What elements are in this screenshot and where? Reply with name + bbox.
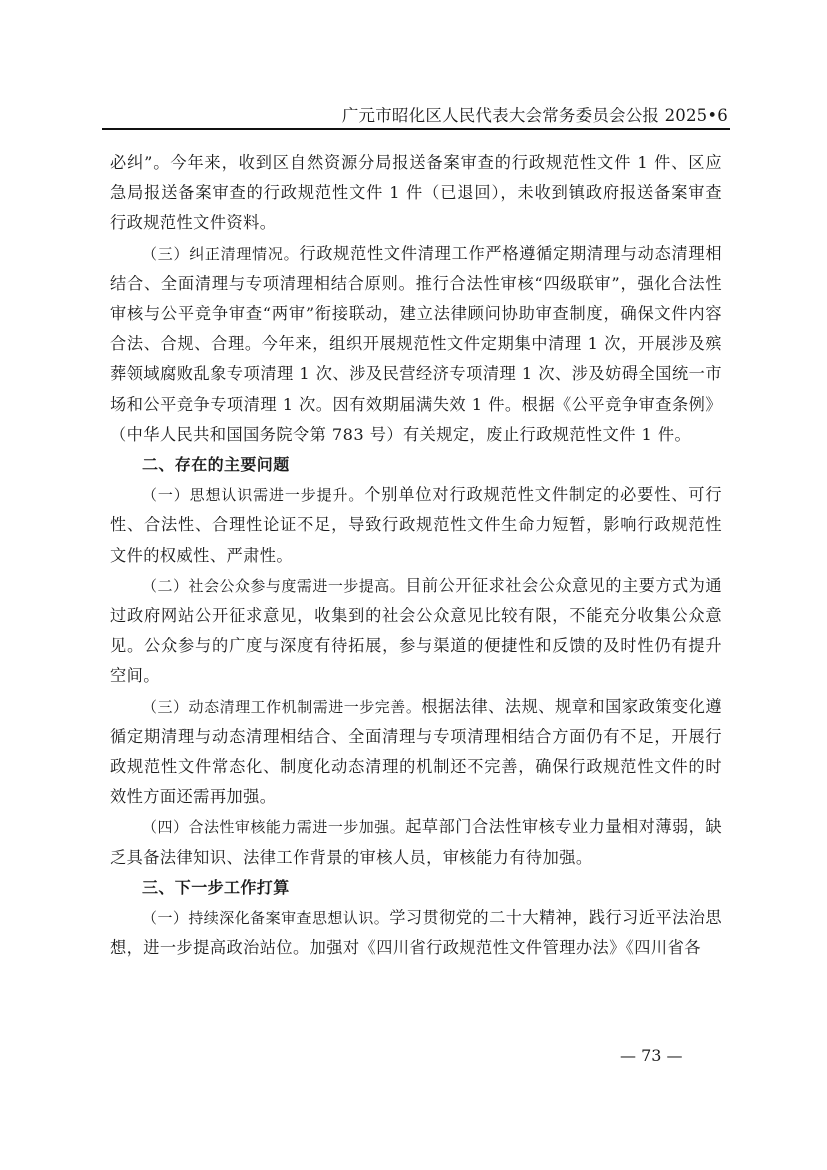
page-header: 广元市昭化区人民代表大会常务委员会公报 2025•6: [102, 98, 730, 130]
paragraph-problem-3: （三）动态清理工作机制需进一步完善。根据法律、法规、规章和国家政策变化遵循定期清…: [110, 692, 722, 813]
paragraph-plan-1: （一）持续深化备案审查思想认识。学习贯彻党的二十大精神，践行习近平法治思想，进一…: [110, 903, 722, 963]
paragraph-correction-cleanup: （三）纠正清理情况。行政规范性文件清理工作严格遵循定期清理与动态清理相结合、全面…: [110, 239, 722, 450]
paragraph-problem-4: （四）合法性审核能力需进一步加强。起草部门合法性审核专业力量相对薄弱，缺乏具备法…: [110, 812, 722, 872]
paragraph-problem-2: （二）社会公众参与度需进一步提高。目前公开征求社会公众意见的主要方式为通过政府网…: [110, 571, 722, 692]
subsection-lead: （三）纠正清理情况。: [142, 245, 299, 263]
subsection-lead: （一）思想认识需进一步提升。: [142, 486, 364, 504]
subsection-lead: （四）合法性审核能力需进一步加强。: [142, 818, 405, 836]
page-number: — 73 —: [620, 1046, 683, 1065]
paragraph-text: 行政规范性文件清理工作严格遵循定期清理与动态清理相结合、全面清理与专项清理相结合…: [110, 244, 722, 444]
subsection-lead: （二）社会公众参与度需进一步提高。: [142, 577, 405, 595]
subsection-lead: （一）持续深化备案审查思想认识。: [142, 909, 389, 927]
paragraph-problem-1: （一）思想认识需进一步提升。个别单位对行政规范性文件制定的必要性、可行性、合法性…: [110, 480, 722, 571]
publication-title: 广元市昭化区人民代表大会常务委员会公报 2025•6: [342, 102, 728, 126]
section-heading-next-steps: 三、下一步工作打算: [110, 873, 722, 903]
paragraph-text: 必纠”。今年来，收到区自然资源分局报送备案审查的行政规范性文件 1 件、区应急局…: [110, 153, 722, 232]
section-heading-problems: 二、存在的主要问题: [110, 450, 722, 480]
subsection-lead: （三）动态清理工作机制需进一步完善。: [142, 698, 421, 716]
paragraph-continuation: 必纠”。今年来，收到区自然资源分局报送备案审查的行政规范性文件 1 件、区应急局…: [110, 148, 722, 239]
document-body: 必纠”。今年来，收到区自然资源分局报送备案审查的行政规范性文件 1 件、区应急局…: [110, 148, 722, 963]
